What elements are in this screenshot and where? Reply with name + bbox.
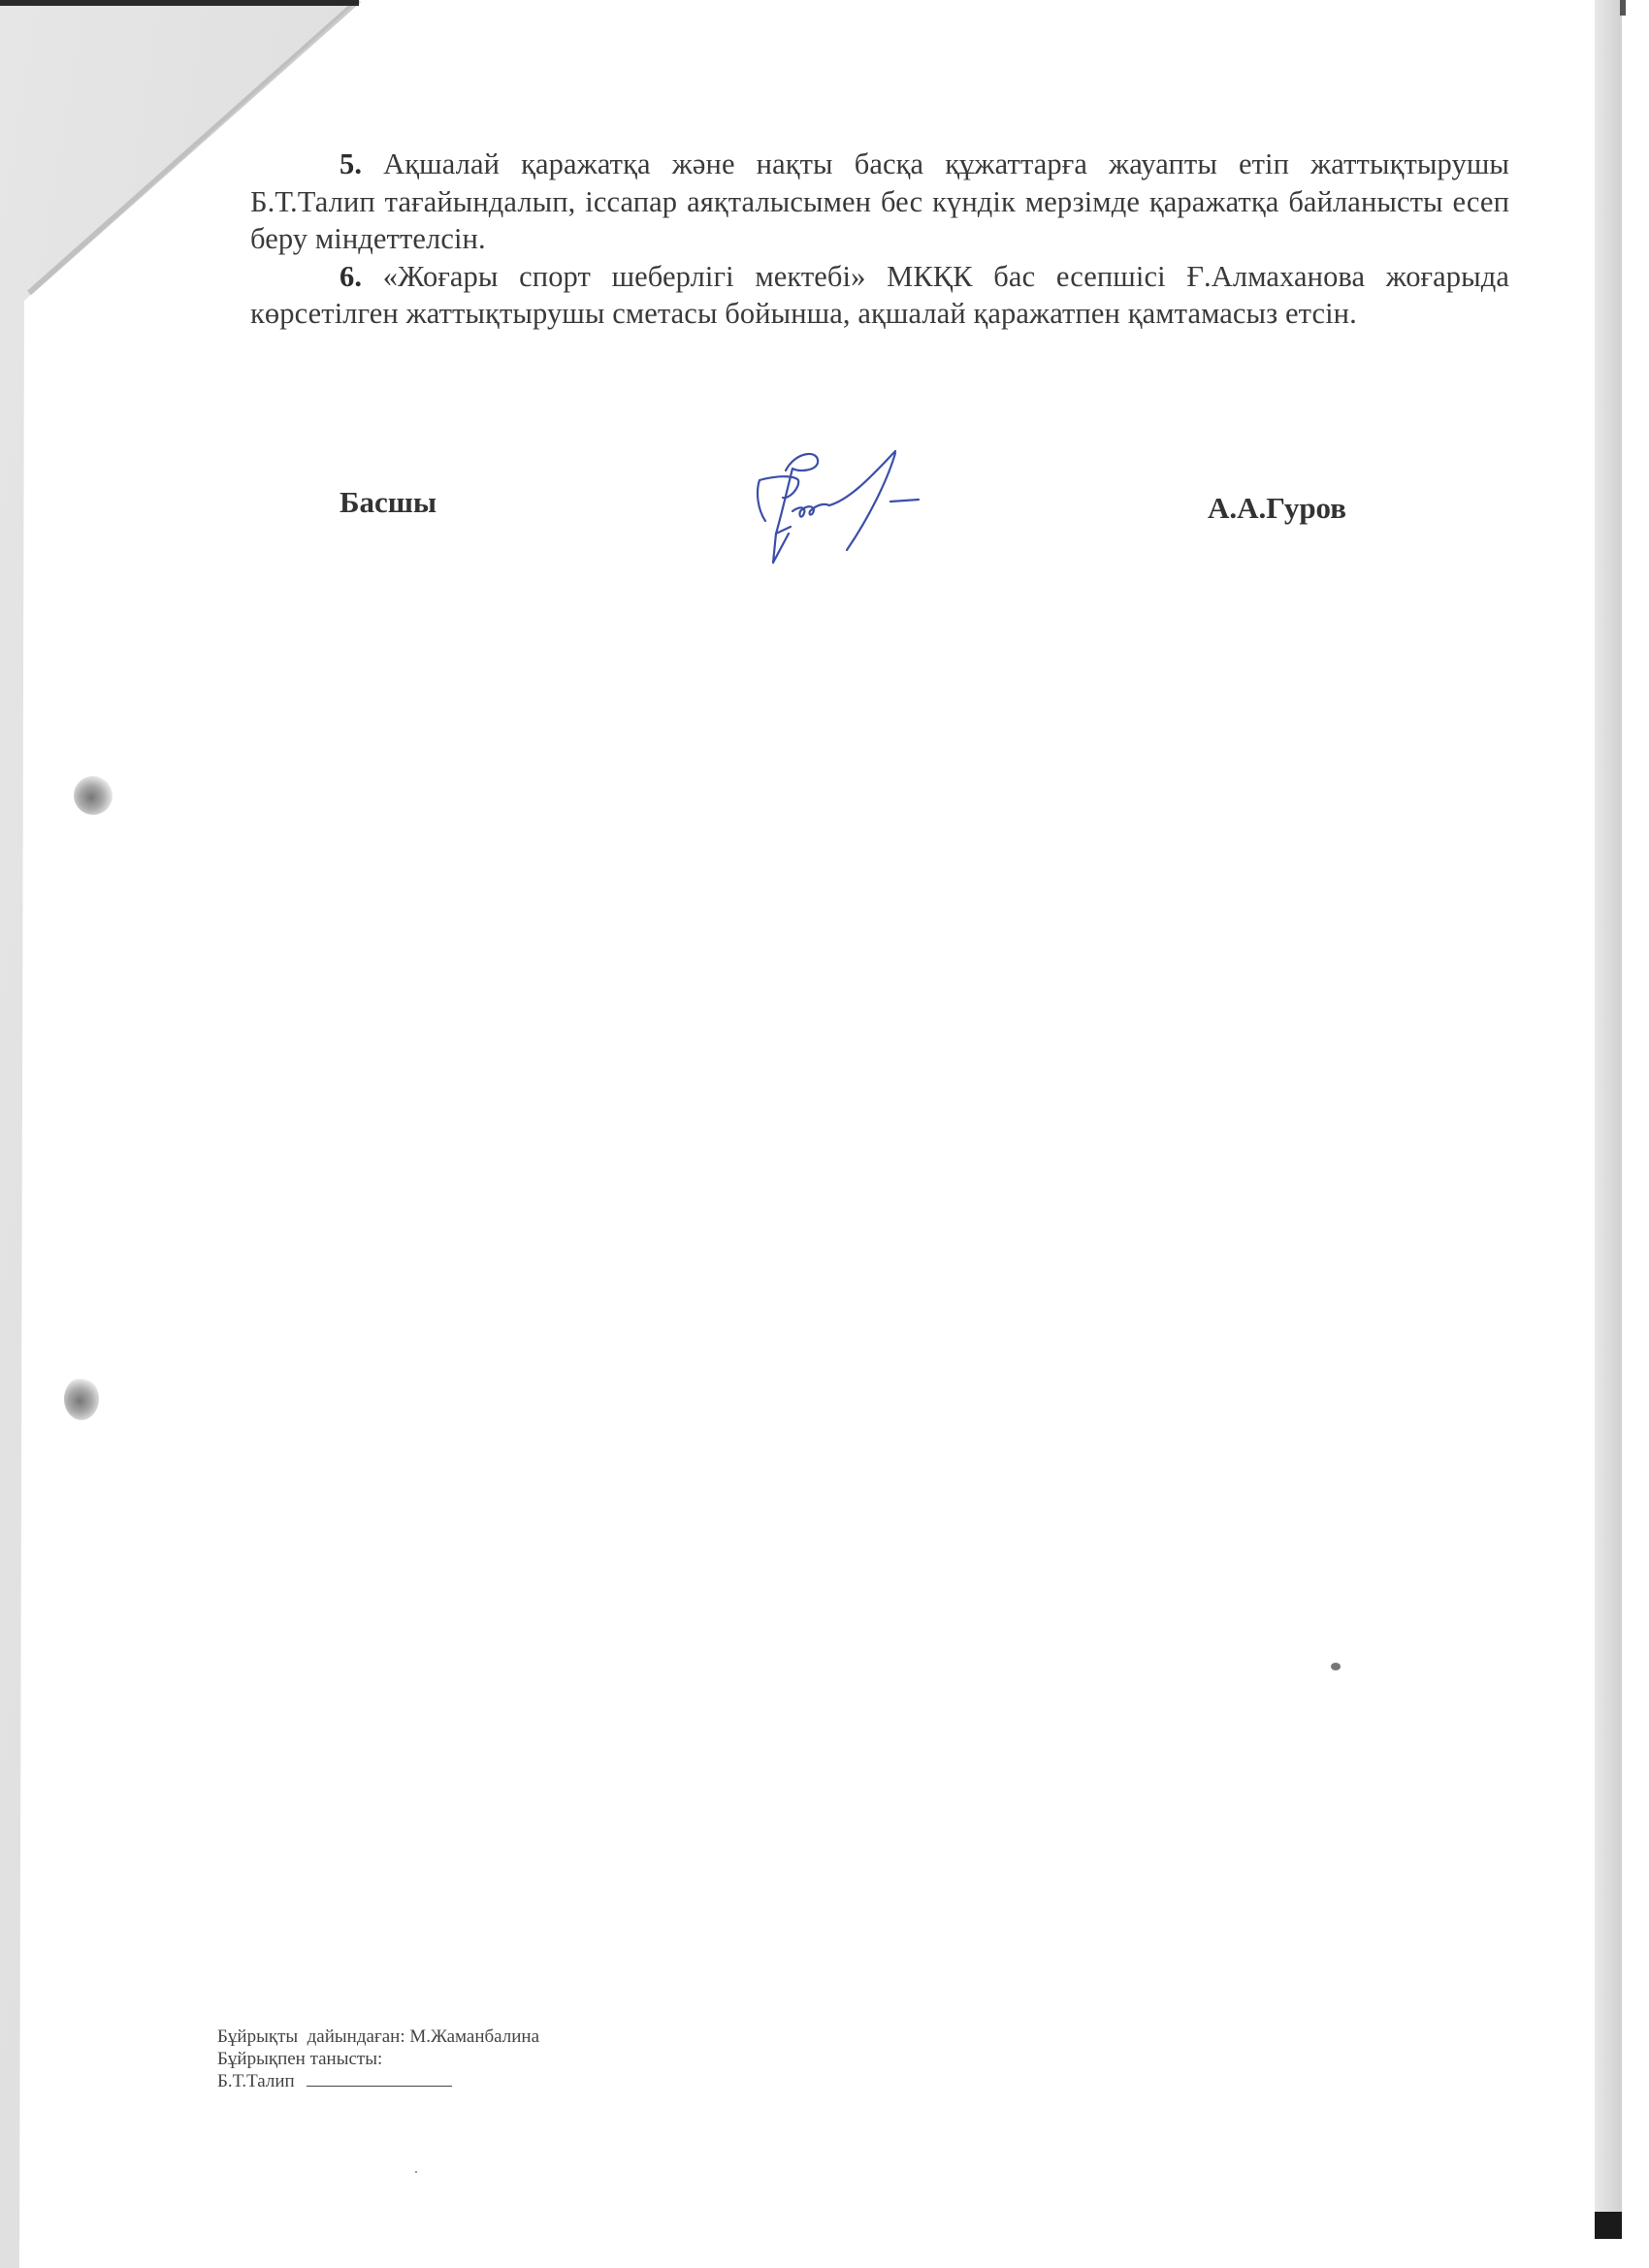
scan-corner-mark — [1595, 2212, 1622, 2239]
signatory-name: А.А.Гуров — [1208, 491, 1346, 526]
scan-speck — [1331, 1663, 1341, 1670]
scan-left-edge — [0, 0, 19, 2268]
scan-speck — [415, 2171, 417, 2173]
handwritten-signature — [742, 441, 936, 587]
signature-blank-line — [307, 2072, 452, 2087]
document-body: 5. Ақшалай қаражатқа және нақты басқа құ… — [250, 146, 1509, 333]
prepared-by: Бұйрықты дайындаған: М.Жаманбалина — [217, 2025, 539, 2048]
paragraph-6: 6. «Жоғары спорт шеберлігі мектебі» МКҚК… — [250, 258, 1509, 333]
scan-right-edge-mark — [1620, 0, 1626, 16]
paragraph-number: 5. — [339, 147, 362, 180]
signatory-title: Басшы — [339, 485, 436, 520]
acknowledged-row: Б.Т.Талип — [217, 2070, 539, 2092]
paragraph-text: Ақшалай қаражатқа және нақты басқа құжат… — [250, 147, 1509, 255]
document-footer: Бұйрықты дайындаған: М.Жаманбалина Бұйры… — [217, 2025, 539, 2092]
acknowledged-label: Бұйрықпен танысты: — [217, 2048, 539, 2070]
punch-hole — [74, 776, 113, 815]
acknowledged-name: Б.Т.Талип — [217, 2071, 295, 2091]
paragraph-text: «Жоғары спорт шеберлігі мектебі» МКҚК ба… — [250, 260, 1509, 331]
punch-hole — [64, 1377, 99, 1420]
paragraph-5: 5. Ақшалай қаражатқа және нақты басқа құ… — [250, 146, 1509, 258]
paragraph-number: 6. — [339, 260, 362, 293]
scan-right-edge — [1595, 0, 1622, 2236]
folded-corner — [0, 0, 1649, 2268]
